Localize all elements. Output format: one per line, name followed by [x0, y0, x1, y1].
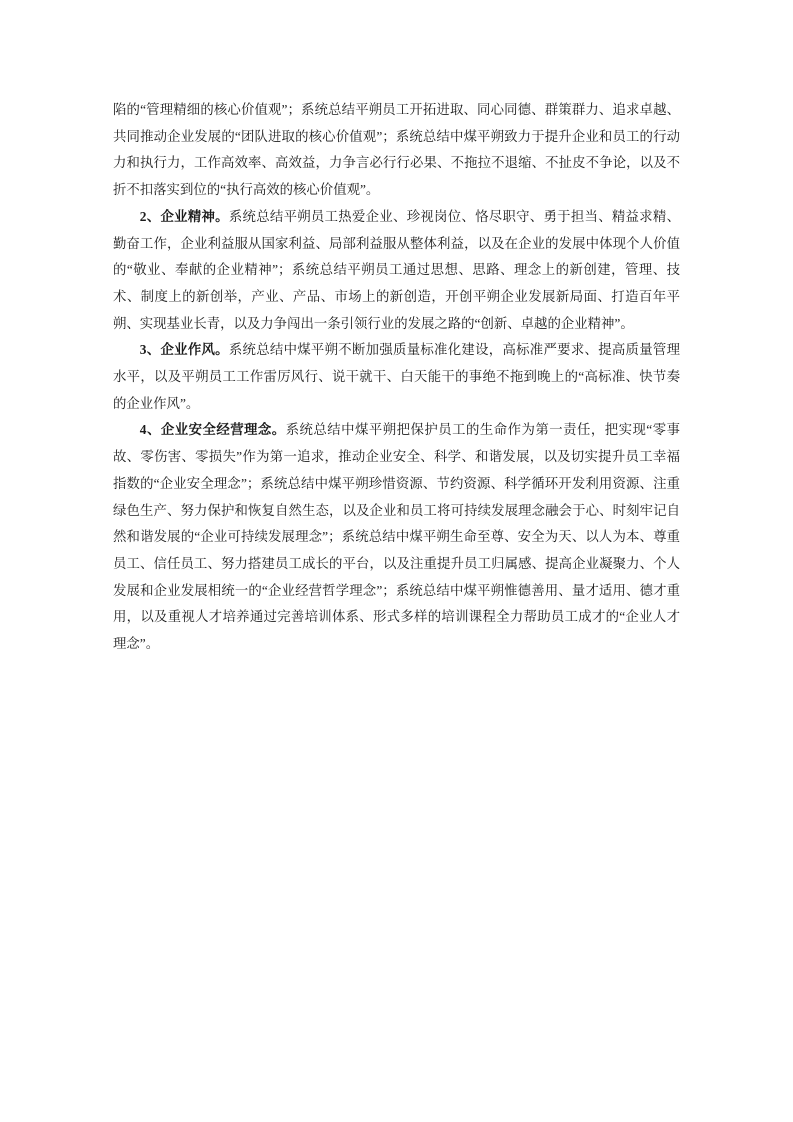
paragraph-lead: 3、企业作风。	[140, 342, 229, 357]
paragraph-safety-management-concept: 4、企业安全经营理念。系统总结中煤平朔把保护员工的生命作为第一责任，把实现“零事…	[113, 417, 680, 657]
paragraph-text: 系统总结平朔员工热爱企业、珍视岗位、恪尽职守、勇于担当、精益求精、勤奋工作，企业…	[113, 209, 680, 331]
paragraph-continuation: 陷的“管理精细的核心价值观”；系统总结平朔员工开拓进取、同心同德、群策群力、追求…	[113, 97, 680, 204]
document-body: 陷的“管理精细的核心价值观”；系统总结平朔员工开拓进取、同心同德、群策群力、追求…	[113, 97, 680, 658]
paragraph-lead: 2、企业精神。	[140, 209, 229, 224]
paragraph-lead: 4、企业安全经营理念。	[140, 422, 286, 437]
paragraph-enterprise-style: 3、企业作风。系统总结中煤平朔不断加强质量标准化建设，高标准严要求、提高质量管理…	[113, 337, 680, 417]
document-page: 陷的“管理精细的核心价值观”；系统总结平朔员工开拓进取、同心同德、群策群力、追求…	[0, 0, 793, 1122]
paragraph-text: 系统总结中煤平朔把保护员工的生命作为第一责任，把实现“零事故、零伤害、零损失”作…	[113, 422, 680, 651]
paragraph-enterprise-spirit: 2、企业精神。系统总结平朔员工热爱企业、珍视岗位、恪尽职守、勇于担当、精益求精、…	[113, 204, 680, 338]
paragraph-text: 陷的“管理精细的核心价值观”；系统总结平朔员工开拓进取、同心同德、群策群力、追求…	[113, 102, 680, 197]
